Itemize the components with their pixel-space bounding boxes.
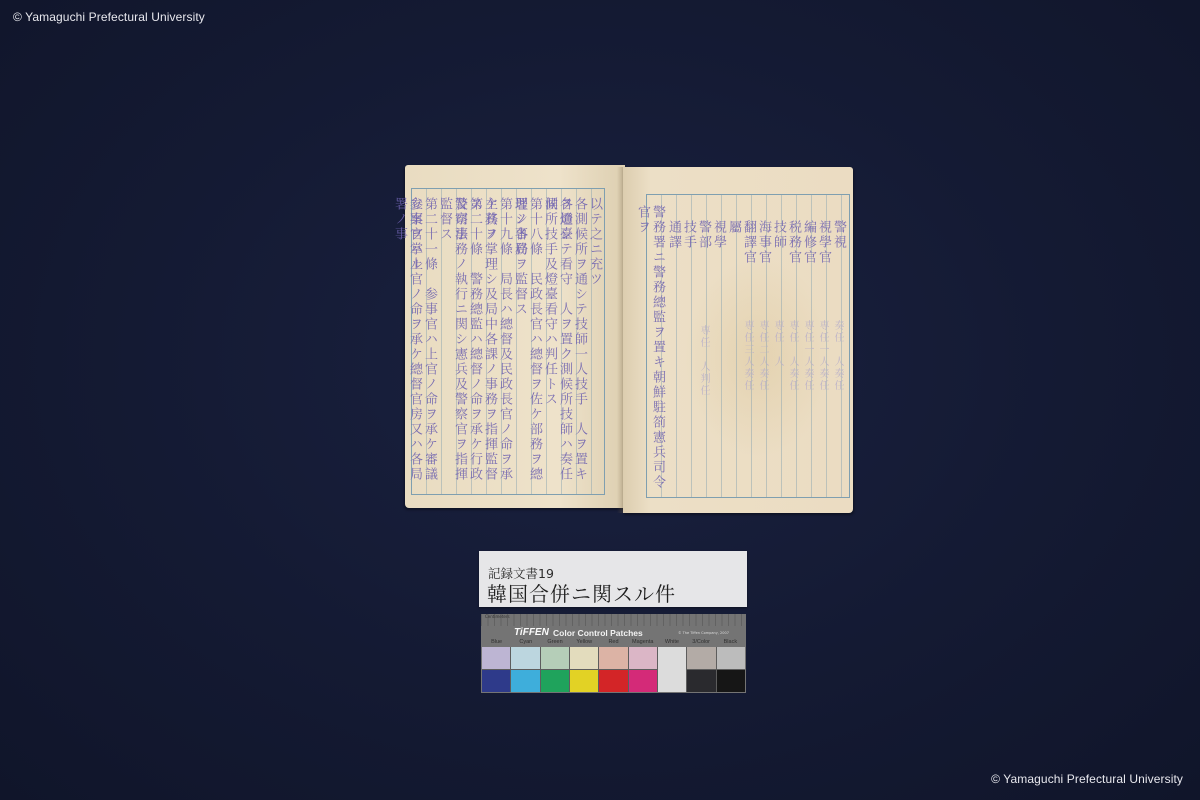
text-column: 警視 xyxy=(831,220,846,250)
color-patch-yellow-dark xyxy=(570,670,598,692)
color-patch-3-color-dark xyxy=(687,670,715,692)
color-patch-magenta-light xyxy=(629,647,657,669)
chart-title: Color Control Patches xyxy=(553,628,643,638)
text-column: 警務署ニ警務總監ヲ置キ朝鮮駐箚憲兵司令官ヲ xyxy=(635,205,665,497)
color-patch-green-dark xyxy=(541,670,569,692)
text-column: 翻譯官 xyxy=(741,220,756,265)
text-column: 候所技手及燈臺看守ハ判任トス xyxy=(542,197,557,407)
text-column: 屬 xyxy=(726,220,741,235)
color-patch-white-light xyxy=(658,647,686,692)
text-column: 署ノ事務ヲ監督ス xyxy=(512,197,527,317)
color-patch-red-light xyxy=(599,647,627,669)
color-patch-green-light xyxy=(541,647,569,669)
tiffen-logo: TiFFEN xyxy=(514,627,549,638)
patch-labels: Blue Cyan Green Yellow Red Magenta White… xyxy=(482,639,745,645)
text-column: 技師 xyxy=(771,220,786,250)
color-patch-3-color-light xyxy=(687,647,715,669)
text-column: 警部 xyxy=(696,220,711,250)
text-column: 参事官ハ上官ノ命ヲ承ケ總督官房又ハ各局署ノ事 xyxy=(392,197,422,494)
text-column: 警察事務ノ執行ニ関シ憲兵及警察官ヲ指揮 xyxy=(452,197,467,482)
color-patch-black-light xyxy=(717,647,745,669)
note-column: 専任 人奏任 xyxy=(785,320,800,392)
copyright-watermark-top: © Yamaguchi Prefectural University xyxy=(13,10,205,24)
copyright-watermark-bottom: © Yamaguchi Prefectural University xyxy=(991,772,1183,786)
left-page: 以テ之ニ充ツ 各測候所ヲ通シテ技師一人技手 人ヲ置キ各燈臺 ヲ通シテ看守 人ヲ置… xyxy=(405,165,625,508)
text-column: 税務官 xyxy=(786,220,801,265)
left-page-frame: 以テ之ニ充ツ 各測候所ヲ通シテ技師一人技手 人ヲ置キ各燈臺 ヲ通シテ看守 人ヲ置… xyxy=(411,188,605,495)
right-page: 警視 視學官 編修官 税務官 技師 海事官 翻譯官 屬 視學 警部 技手 通譯 … xyxy=(623,167,853,513)
color-patch-cyan-dark xyxy=(511,670,539,692)
text-column: 編修官 xyxy=(801,220,816,265)
note-column: 専任三人奏任 xyxy=(740,320,755,392)
label-title: 韓国合併ニ関スル件 xyxy=(487,578,676,607)
color-patch-blue-dark xyxy=(482,670,510,692)
color-patches xyxy=(482,647,745,692)
color-patch-magenta-dark xyxy=(629,670,657,692)
centimeter-ruler xyxy=(481,614,746,626)
color-patch-cyan-light xyxy=(511,647,539,669)
color-patch-blue-light xyxy=(482,647,510,669)
text-column: 技手 xyxy=(681,220,696,250)
note-column: 専任一人奏任 xyxy=(815,320,830,392)
color-patch-red-dark xyxy=(599,670,627,692)
open-manuscript-book: 以テ之ニ充ツ 各測候所ヲ通シテ技師一人技手 人ヲ置キ各燈臺 ヲ通シテ看守 人ヲ置… xyxy=(405,167,853,513)
text-column: 監督ス xyxy=(437,197,452,242)
color-patch-black-dark xyxy=(717,670,745,692)
text-column: 海事官 xyxy=(756,220,771,265)
note-column: 奏任 人奏任 xyxy=(830,320,845,392)
document-label-card: 記録文書19 韓国合併ニ関スル件 xyxy=(479,551,747,607)
color-control-chart: Centimeters TiFFEN Color Control Patches… xyxy=(481,614,746,693)
note-column: 専任 人 xyxy=(770,320,785,368)
note-column: 専任 人判任 xyxy=(696,325,711,397)
text-column: 以テ之ニ充ツ xyxy=(587,197,602,287)
note-column: 専任一人奏任 xyxy=(800,320,815,392)
right-page-frame: 警視 視學官 編修官 税務官 技師 海事官 翻譯官 屬 視學 警部 技手 通譯 … xyxy=(646,194,850,498)
text-column: 視學 xyxy=(711,220,726,250)
text-column: 視學官 xyxy=(816,220,831,265)
color-patch-yellow-light xyxy=(570,647,598,669)
text-column: 通譯 xyxy=(666,220,681,250)
note-column: 専任二人奏任 xyxy=(755,320,770,392)
